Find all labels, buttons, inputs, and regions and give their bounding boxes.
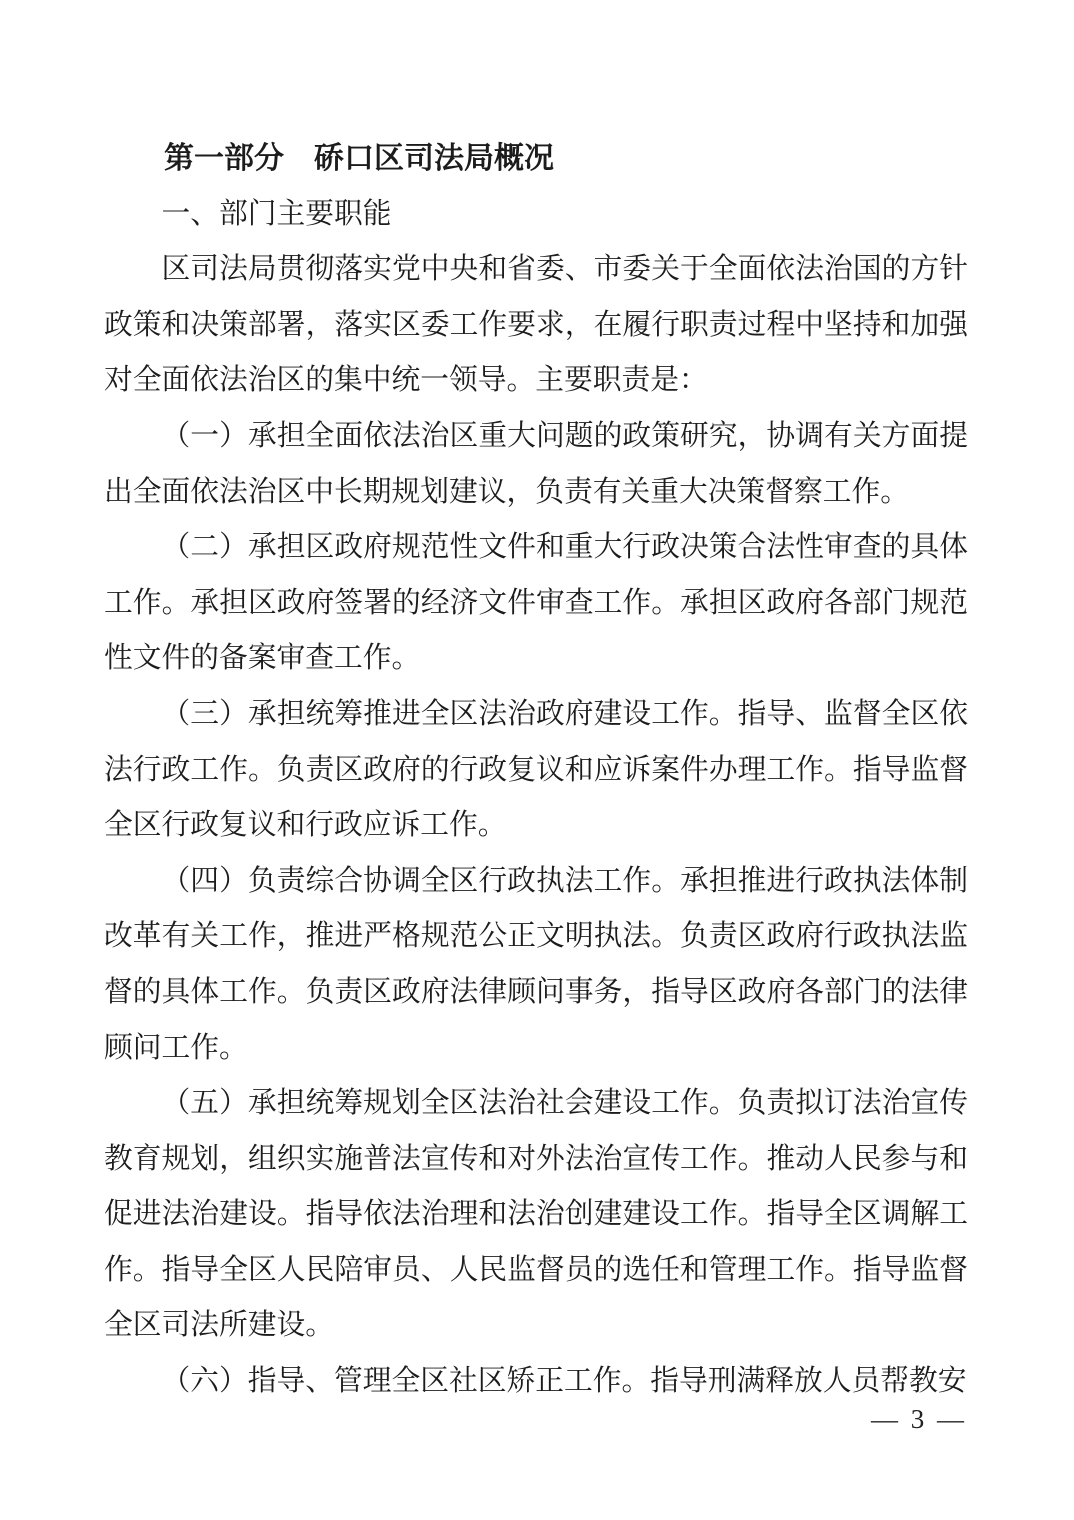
document-body: 第一部分 硚口区司法局概况 一、部门主要职能 区司法局贯彻落实党中央和省委、市委… [104, 131, 968, 1410]
paragraph-item-4: （四）负责综合协调全区行政执法工作。承担推进行政执法体制改革有关工作，推进严格规… [104, 854, 968, 1076]
document-page: 第一部分 硚口区司法局概况 一、部门主要职能 区司法局贯彻落实党中央和省委、市委… [0, 0, 1074, 1520]
part-heading: 第一部分 硚口区司法局概况 [104, 131, 968, 187]
paragraph-item-2: （二）承担区政府规范性文件和重大行政决策合法性审查的具体工作。承担区政府签署的经… [104, 520, 968, 687]
section-title: 一、部门主要职能 [104, 187, 968, 243]
page-number: — 3 — [871, 1402, 967, 1436]
paragraph-item-6: （六）指导、管理全区社区矫正工作。指导刑满释放人员帮教安 [104, 1354, 968, 1410]
paragraph-item-3: （三）承担统筹推进全区法治政府建设工作。指导、监督全区依法行政工作。负责区政府的… [104, 687, 968, 854]
paragraph-item-1: （一）承担全面依法治区重大问题的政策研究，协调有关方面提出全面依法治区中长期规划… [104, 409, 968, 520]
paragraph-item-5: （五）承担统筹规划全区法治社会建设工作。负责拟订法治宣传教育规划，组织实施普法宣… [104, 1076, 968, 1354]
paragraph-intro: 区司法局贯彻落实党中央和省委、市委关于全面依法治国的方针政策和决策部署，落实区委… [104, 242, 968, 409]
